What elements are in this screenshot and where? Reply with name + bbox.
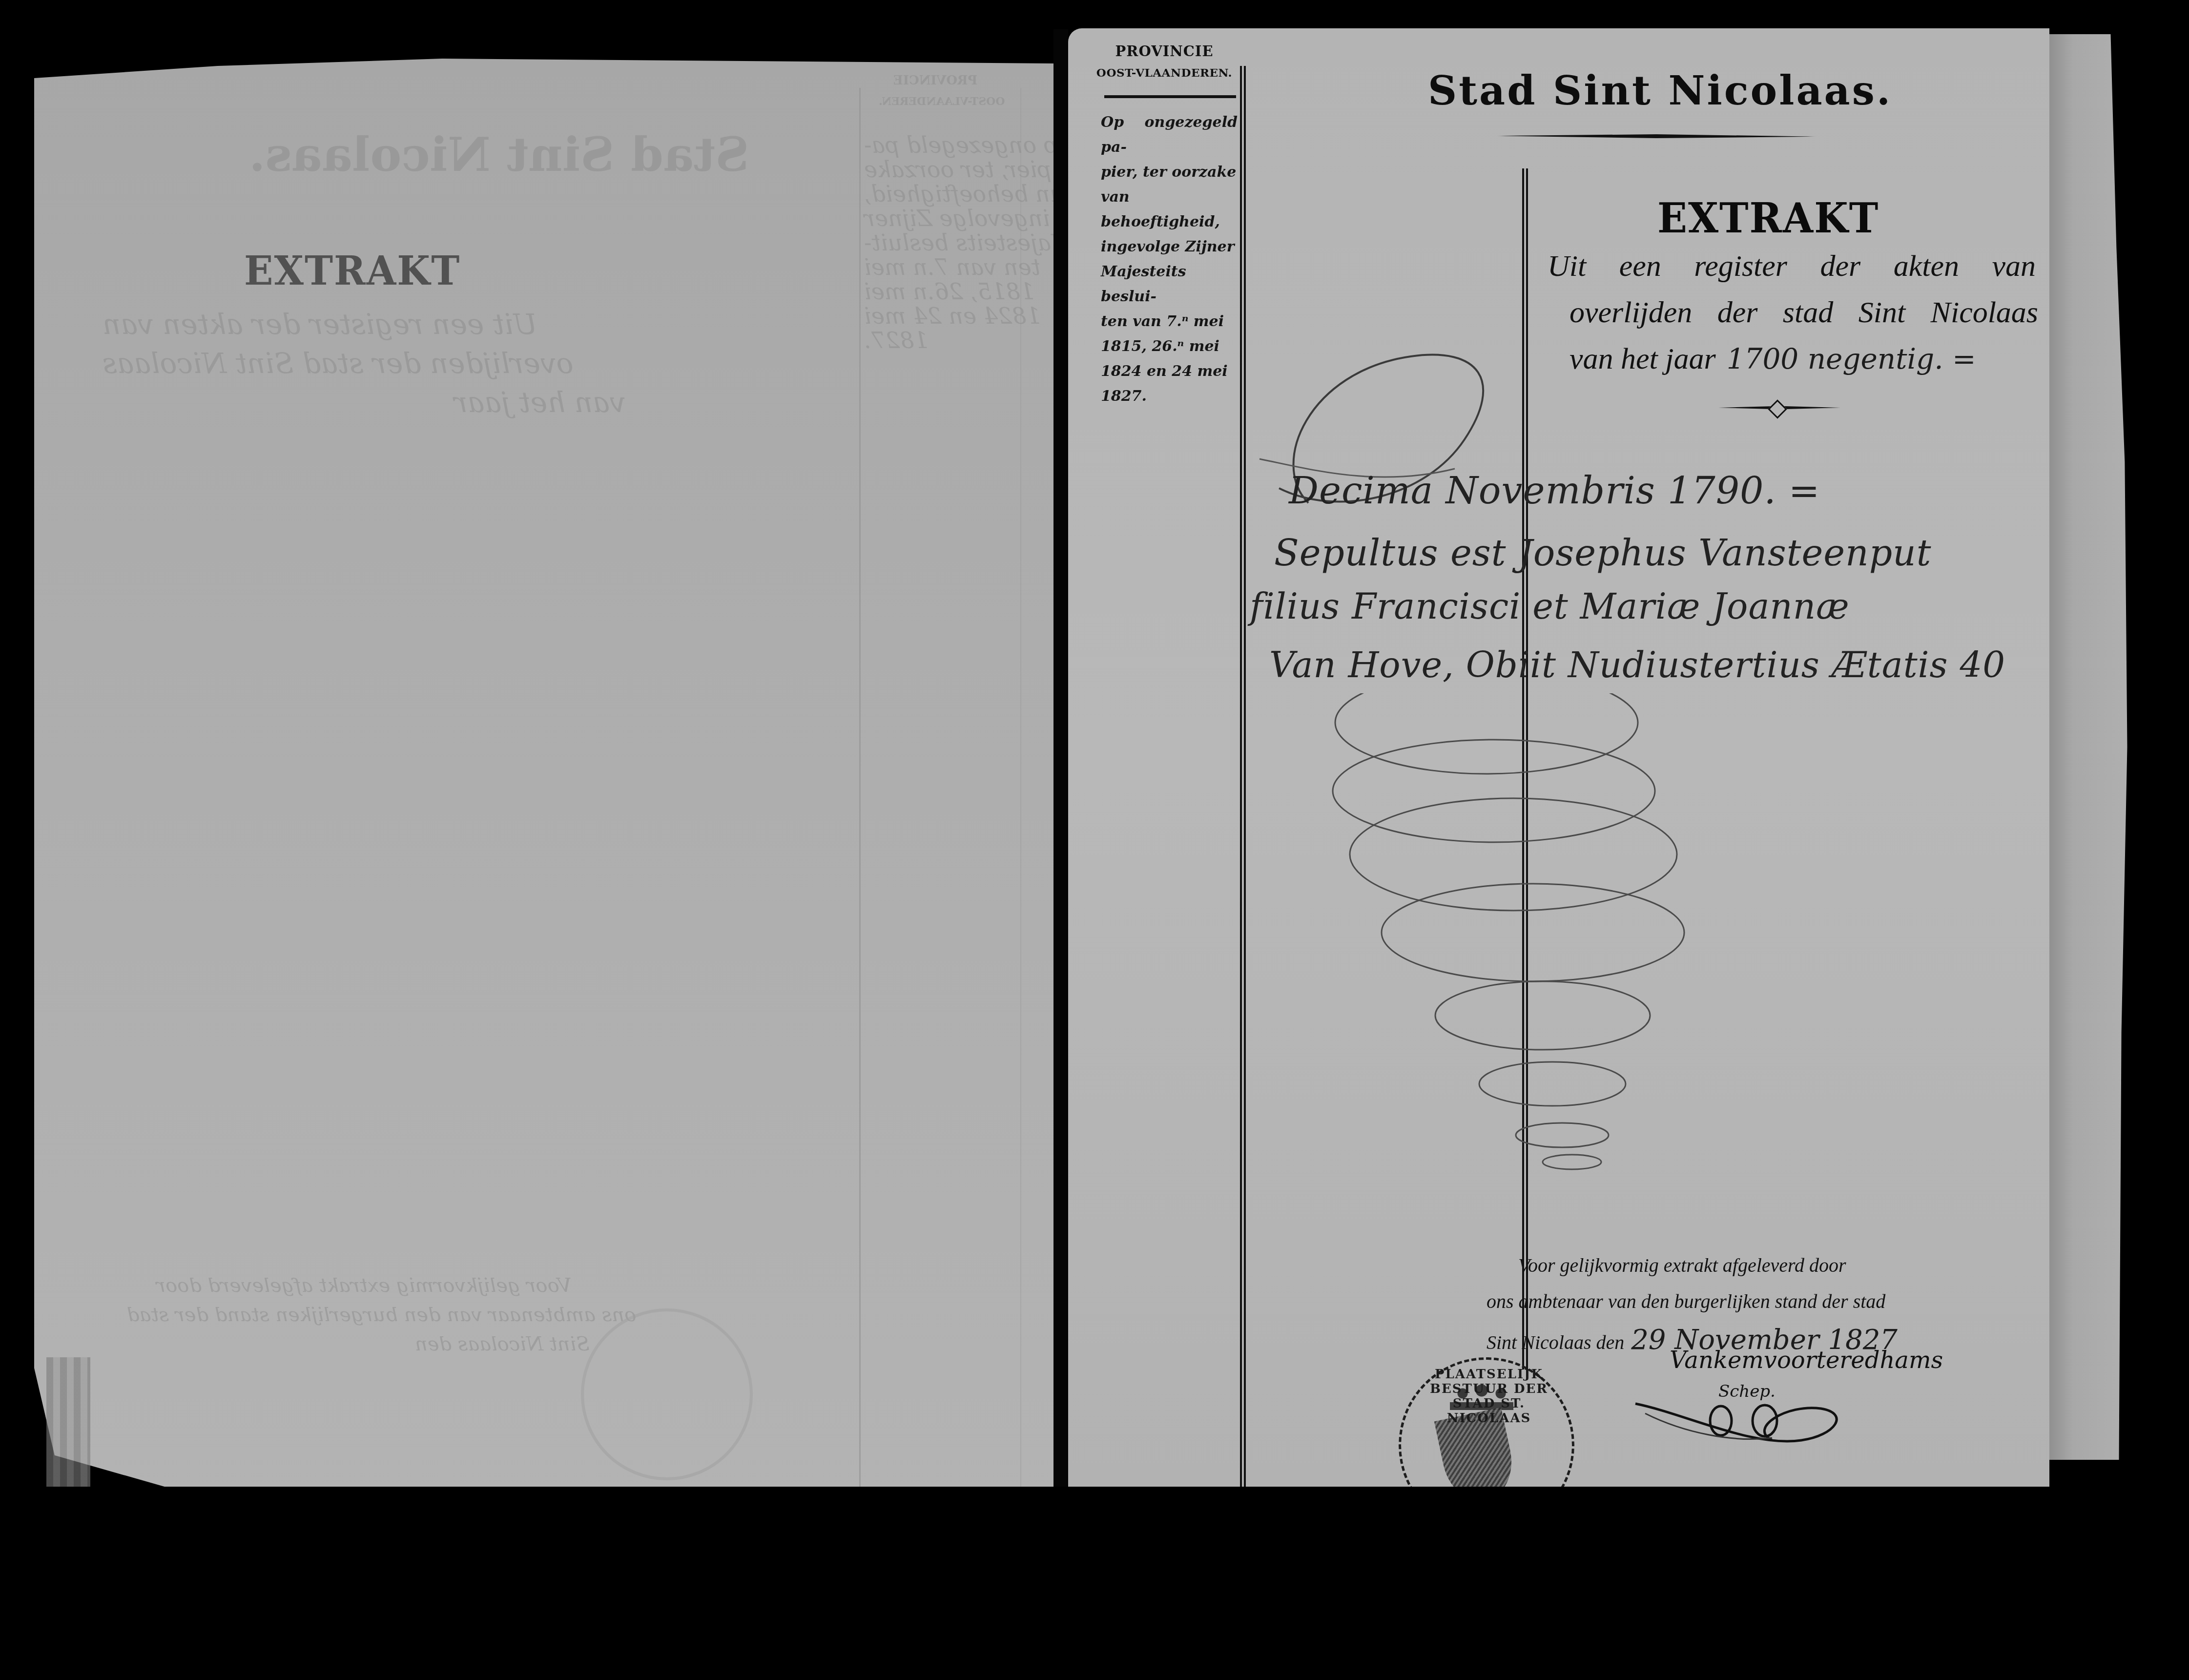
ghost-heading: EXTRAKT — [244, 248, 460, 295]
ghost-rule-vertical — [859, 88, 861, 1504]
province-label: PROVINCIE — [1094, 43, 1235, 60]
official-signature: Vankemvoorteredhams — [1670, 1347, 1943, 1374]
register-year-label: van het jaar — [1569, 342, 1716, 375]
ghost-register-line: overlijden der stad Sint Nicolaas — [103, 347, 573, 380]
next-leaf-edge — [2048, 34, 2131, 1460]
stamp-duty-note: Op ongezegeld pa- pier, ter oorzake van … — [1101, 110, 1238, 409]
note-line: ingevolge Zijner — [1101, 234, 1238, 259]
ghost-note-line: Op ongezegeld pa- — [864, 132, 1076, 158]
register-year-handwritten: 1700 negentig. = — [1727, 342, 1976, 375]
register-line-2: overlijden der stad Sint Nicolaas — [1569, 295, 2038, 330]
ghost-province: OOST-VLAANDEREN. — [879, 95, 1005, 108]
ghost-note-line: 1824 en 24 mei — [864, 303, 1041, 329]
note-line: ten van 7.ⁿ mei — [1101, 309, 1238, 334]
ghost-note-line: ingevolge Zijner — [864, 205, 1050, 231]
note-line: pier, ter oorzake — [1101, 160, 1238, 185]
note-line: van behoeftigheid, — [1101, 185, 1238, 234]
declaration-line-2: ons ambtenaar van den burgerlijken stand… — [1487, 1290, 1885, 1313]
document-heading: EXTRAKT — [1657, 194, 1879, 243]
province-name: OOST-VLAANDEREN. — [1094, 66, 1235, 80]
seal-text: PLAATSELIJK BESTUUR DER STAD ST. NICOLAA… — [1411, 1367, 1567, 1426]
note-line: 1827. — [1101, 384, 1238, 409]
note-line: Majesteits beslui- — [1101, 259, 1238, 309]
note-line: 1815, 26.ⁿ mei — [1101, 334, 1238, 359]
register-line-3: van het jaar1700 negentig. = — [1569, 342, 1976, 376]
province-rule — [1104, 95, 1236, 98]
ghost-declaration-line: Sint Nicolaas den — [415, 1333, 590, 1355]
entry-burial-line: Sepultus est Josephus Vansteenput — [1274, 532, 1931, 574]
ghost-note-line: 1827. — [864, 327, 929, 353]
note-line: Op ongezegeld pa- — [1101, 110, 1238, 160]
left-page-verso: Stad Sint Nicolaas. EXTRAKT Uit een regi… — [34, 59, 1054, 1514]
city-title: Stad Sint Nicolaas. — [1428, 67, 1892, 114]
entry-death-line: Van Hove, Obiit Nudiustertius Ætatis 40 — [1269, 644, 2005, 685]
margin-double-rule — [1240, 66, 1246, 1496]
text-double-rule — [1522, 168, 1528, 1369]
ghost-seal — [581, 1308, 753, 1480]
register-line-1: Uit een register der akten van — [1548, 249, 2036, 284]
ghost-note-line: 1815, 26.n mei — [864, 278, 1034, 305]
book-gutter — [1053, 29, 1068, 1494]
province-block: PROVINCIE OOST-VLAANDEREN. — [1094, 43, 1235, 80]
declaration-line-1: Voor gelijkvormig extrakt afgeleverd doo… — [1518, 1254, 1846, 1277]
ghost-note-line: pier, ter oorzake — [864, 156, 1052, 183]
ghost-note-line: van behoeftigheid, — [864, 181, 1076, 207]
ghost-declaration-line: ons ambtenaar van den burgerlijken stand… — [127, 1304, 636, 1326]
entry-date-line: Decima Novembris 1790. = — [1289, 469, 1820, 512]
entry-parents-line: filius Francisci et Mariæ Joannæ — [1250, 586, 1850, 627]
signature-title: Schep. — [1718, 1382, 1776, 1401]
ghost-city-title: Stad Sint Nicolaas. — [249, 127, 749, 182]
ghost-declaration-line: Voor gelijkvormig extrakt afgeleverd doo… — [156, 1274, 572, 1297]
note-line: 1824 en 24 mei — [1101, 359, 1238, 384]
declaration-place-label: Sint Nicolaas den — [1487, 1331, 1624, 1353]
ghost-register-line: Uit een register der akten van — [103, 308, 537, 341]
scan-background-bottom — [0, 1487, 2189, 1680]
ghost-register-line: van het jaar — [454, 386, 625, 419]
scanned-document: Stad Sint Nicolaas. EXTRAKT Uit een regi… — [0, 0, 2189, 1680]
ghost-note-line: ten van 7.n mei — [864, 254, 1040, 280]
ghost-province: PROVINCIE — [893, 73, 977, 88]
ghost-note-line: Majesteits besluit- — [864, 229, 1074, 256]
